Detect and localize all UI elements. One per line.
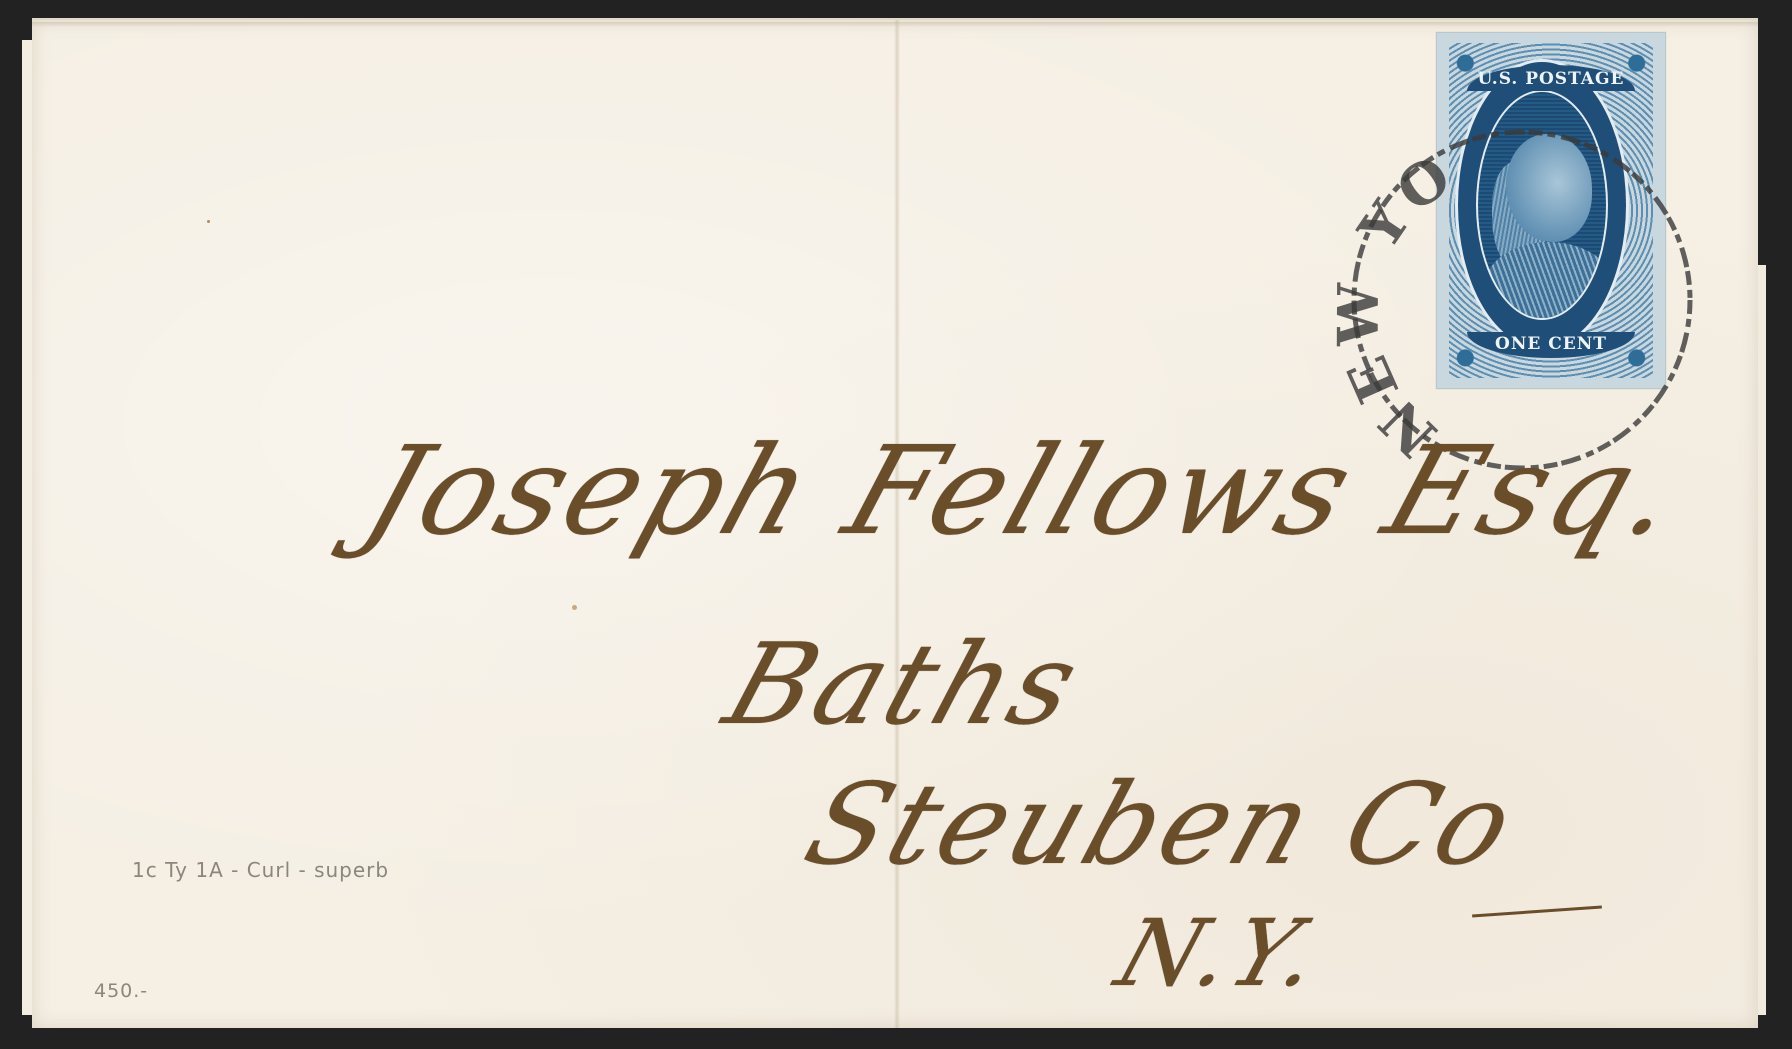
address-line-town: Baths [711,620,1097,750]
stamp-portrait-field [1476,90,1608,320]
address-line-name: Joseph Fellows Esq. [349,420,1700,562]
stamp-value-text: ONE CENT [1437,334,1665,354]
pencil-price-note: 450.- [94,980,148,1002]
top-fold-edge [32,22,1758,27]
pencil-description-note: 1c Ty 1A - Curl - superb [132,858,389,882]
stamp-oval [1455,59,1629,351]
address-line-state: N.Y. [1105,900,1338,1007]
postage-stamp: U.S. POSTAGE ONE CENT [1436,32,1666,389]
letter-cover: U.S. POSTAGE ONE CENT NEW YORK Joseph Fe… [32,18,1758,1028]
county-underline [1472,905,1602,917]
stamp-top-text: U.S. POSTAGE [1437,69,1665,89]
address-line-county: Steuben Co [791,760,1532,890]
